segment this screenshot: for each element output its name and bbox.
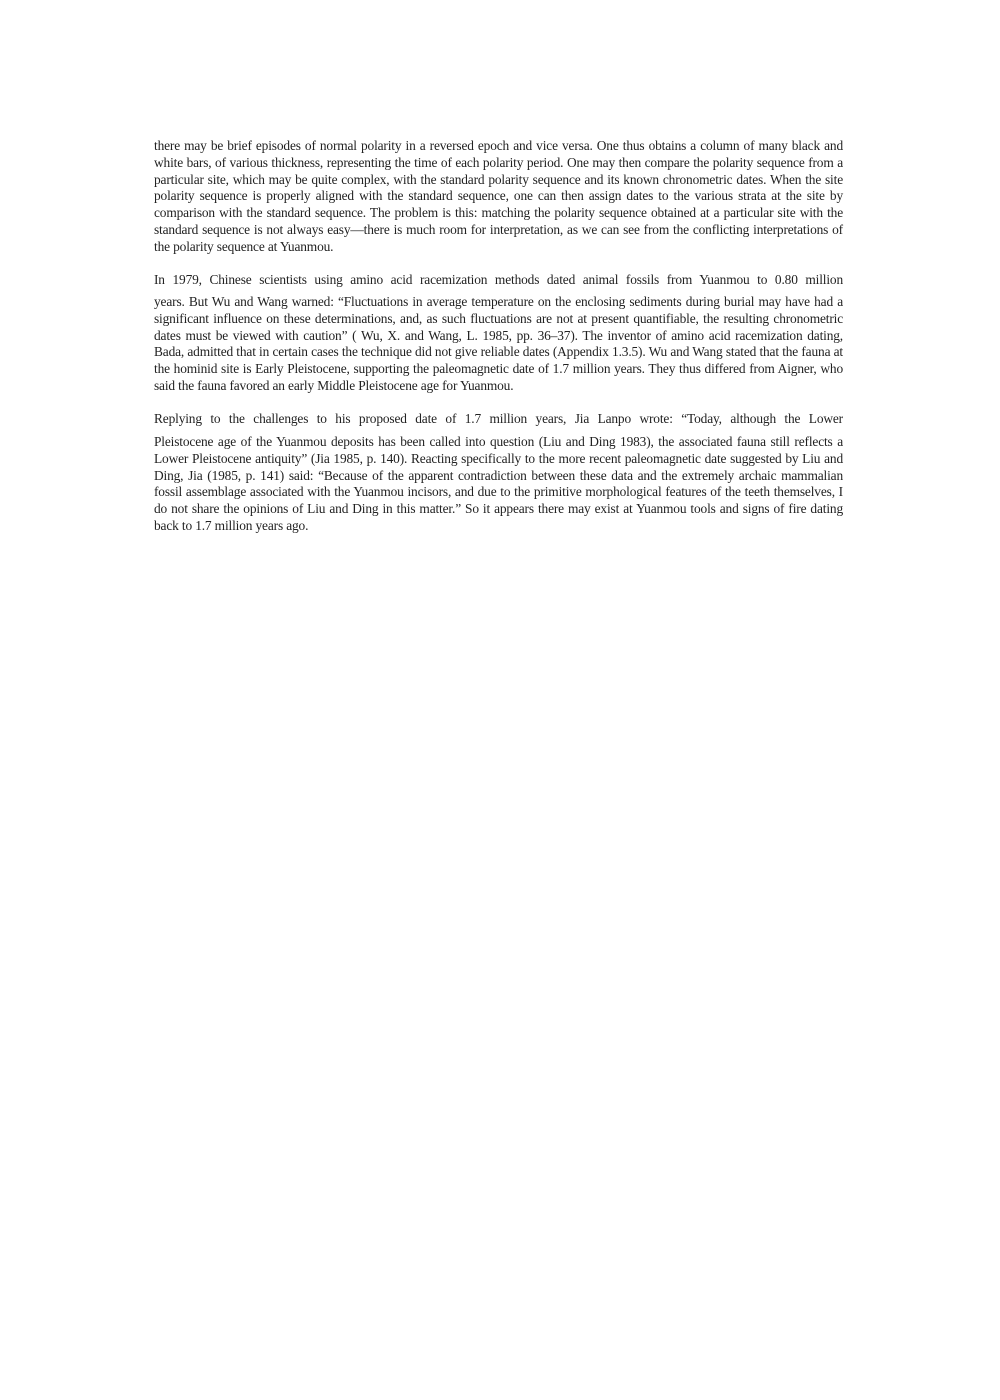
paragraph-jia-lanpo-first-line: Replying to the challenges to his propos… xyxy=(154,411,843,428)
paragraph-polarity-matching: there may be brief episodes of normal po… xyxy=(154,138,843,256)
document-page: there may be brief episodes of normal po… xyxy=(0,0,1000,1400)
paragraph-amino-acid-first-line: In 1979, Chinese scientists using amino … xyxy=(154,272,843,289)
paragraph-jia-lanpo-body: Pleistocene age of the Yuanmou deposits … xyxy=(154,434,843,535)
paragraph-amino-acid-body: years. But Wu and Wang warned: “Fluctuat… xyxy=(154,294,843,395)
